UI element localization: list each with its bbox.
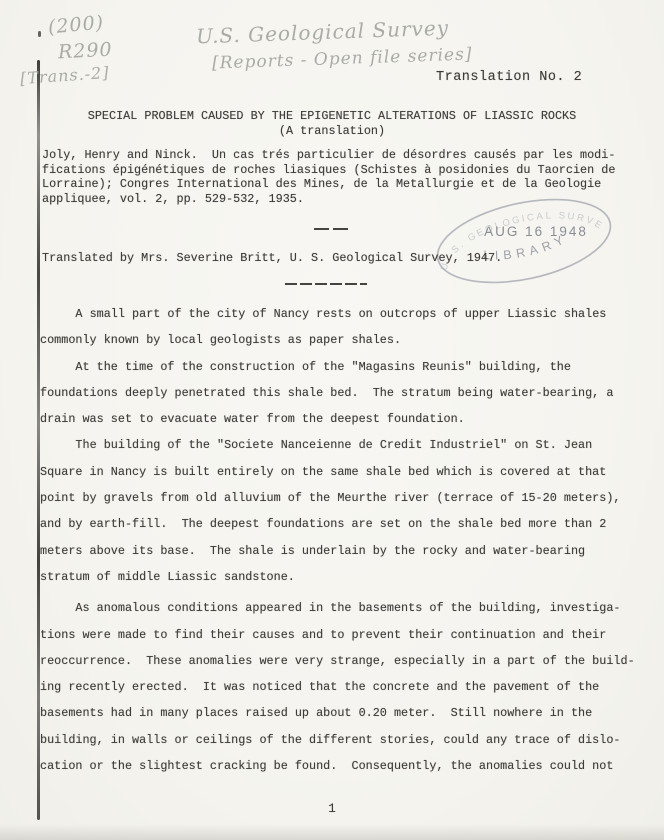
scan-bottom-edge — [0, 824, 664, 840]
document-subtitle: (A translation) — [0, 124, 664, 139]
scan-artifact-dot — [38, 31, 41, 37]
paragraph-4: As anomalous conditions appeared in the … — [40, 595, 648, 779]
handwritten-code-r290: R290 — [57, 39, 113, 64]
handwritten-code-trans2: [Trans.-2] — [19, 63, 110, 88]
library-date-stamp: U. S. GEOLOGICAL SURVEY LIBRARY AUG 16 1… — [426, 192, 622, 292]
document-body: A small part of the city of Nancy rests … — [40, 301, 648, 779]
translator-credit: Translated by Mrs. Severine Britt, U. S.… — [42, 251, 502, 265]
page-number: 1 — [0, 802, 664, 816]
paragraph-3: The building of the "Societe Nanceienne … — [40, 432, 648, 590]
separator-rule-short — [314, 228, 351, 230]
stamp-date: AUG 16 1948 — [484, 224, 588, 239]
separator-rule-long — [285, 283, 367, 285]
handwritten-code-200: (200) — [47, 12, 105, 39]
paragraph-2: At the time of the construction of the "… — [40, 354, 648, 433]
scanned-document-page: (200) R290 [Trans.-2] U.S. Geological Su… — [0, 0, 664, 840]
paragraph-1: A small part of the city of Nancy rests … — [40, 301, 648, 354]
document-title-block: SPECIAL PROBLEM CAUSED BY THE EPIGENETIC… — [0, 109, 664, 138]
translation-number: Translation No. 2 — [436, 70, 582, 85]
handwritten-series-note: [Reports - Open file series] — [212, 44, 473, 73]
document-title: SPECIAL PROBLEM CAUSED BY THE EPIGENETIC… — [0, 109, 664, 124]
handwritten-agency-note: U.S. Geological Survey — [196, 16, 450, 49]
